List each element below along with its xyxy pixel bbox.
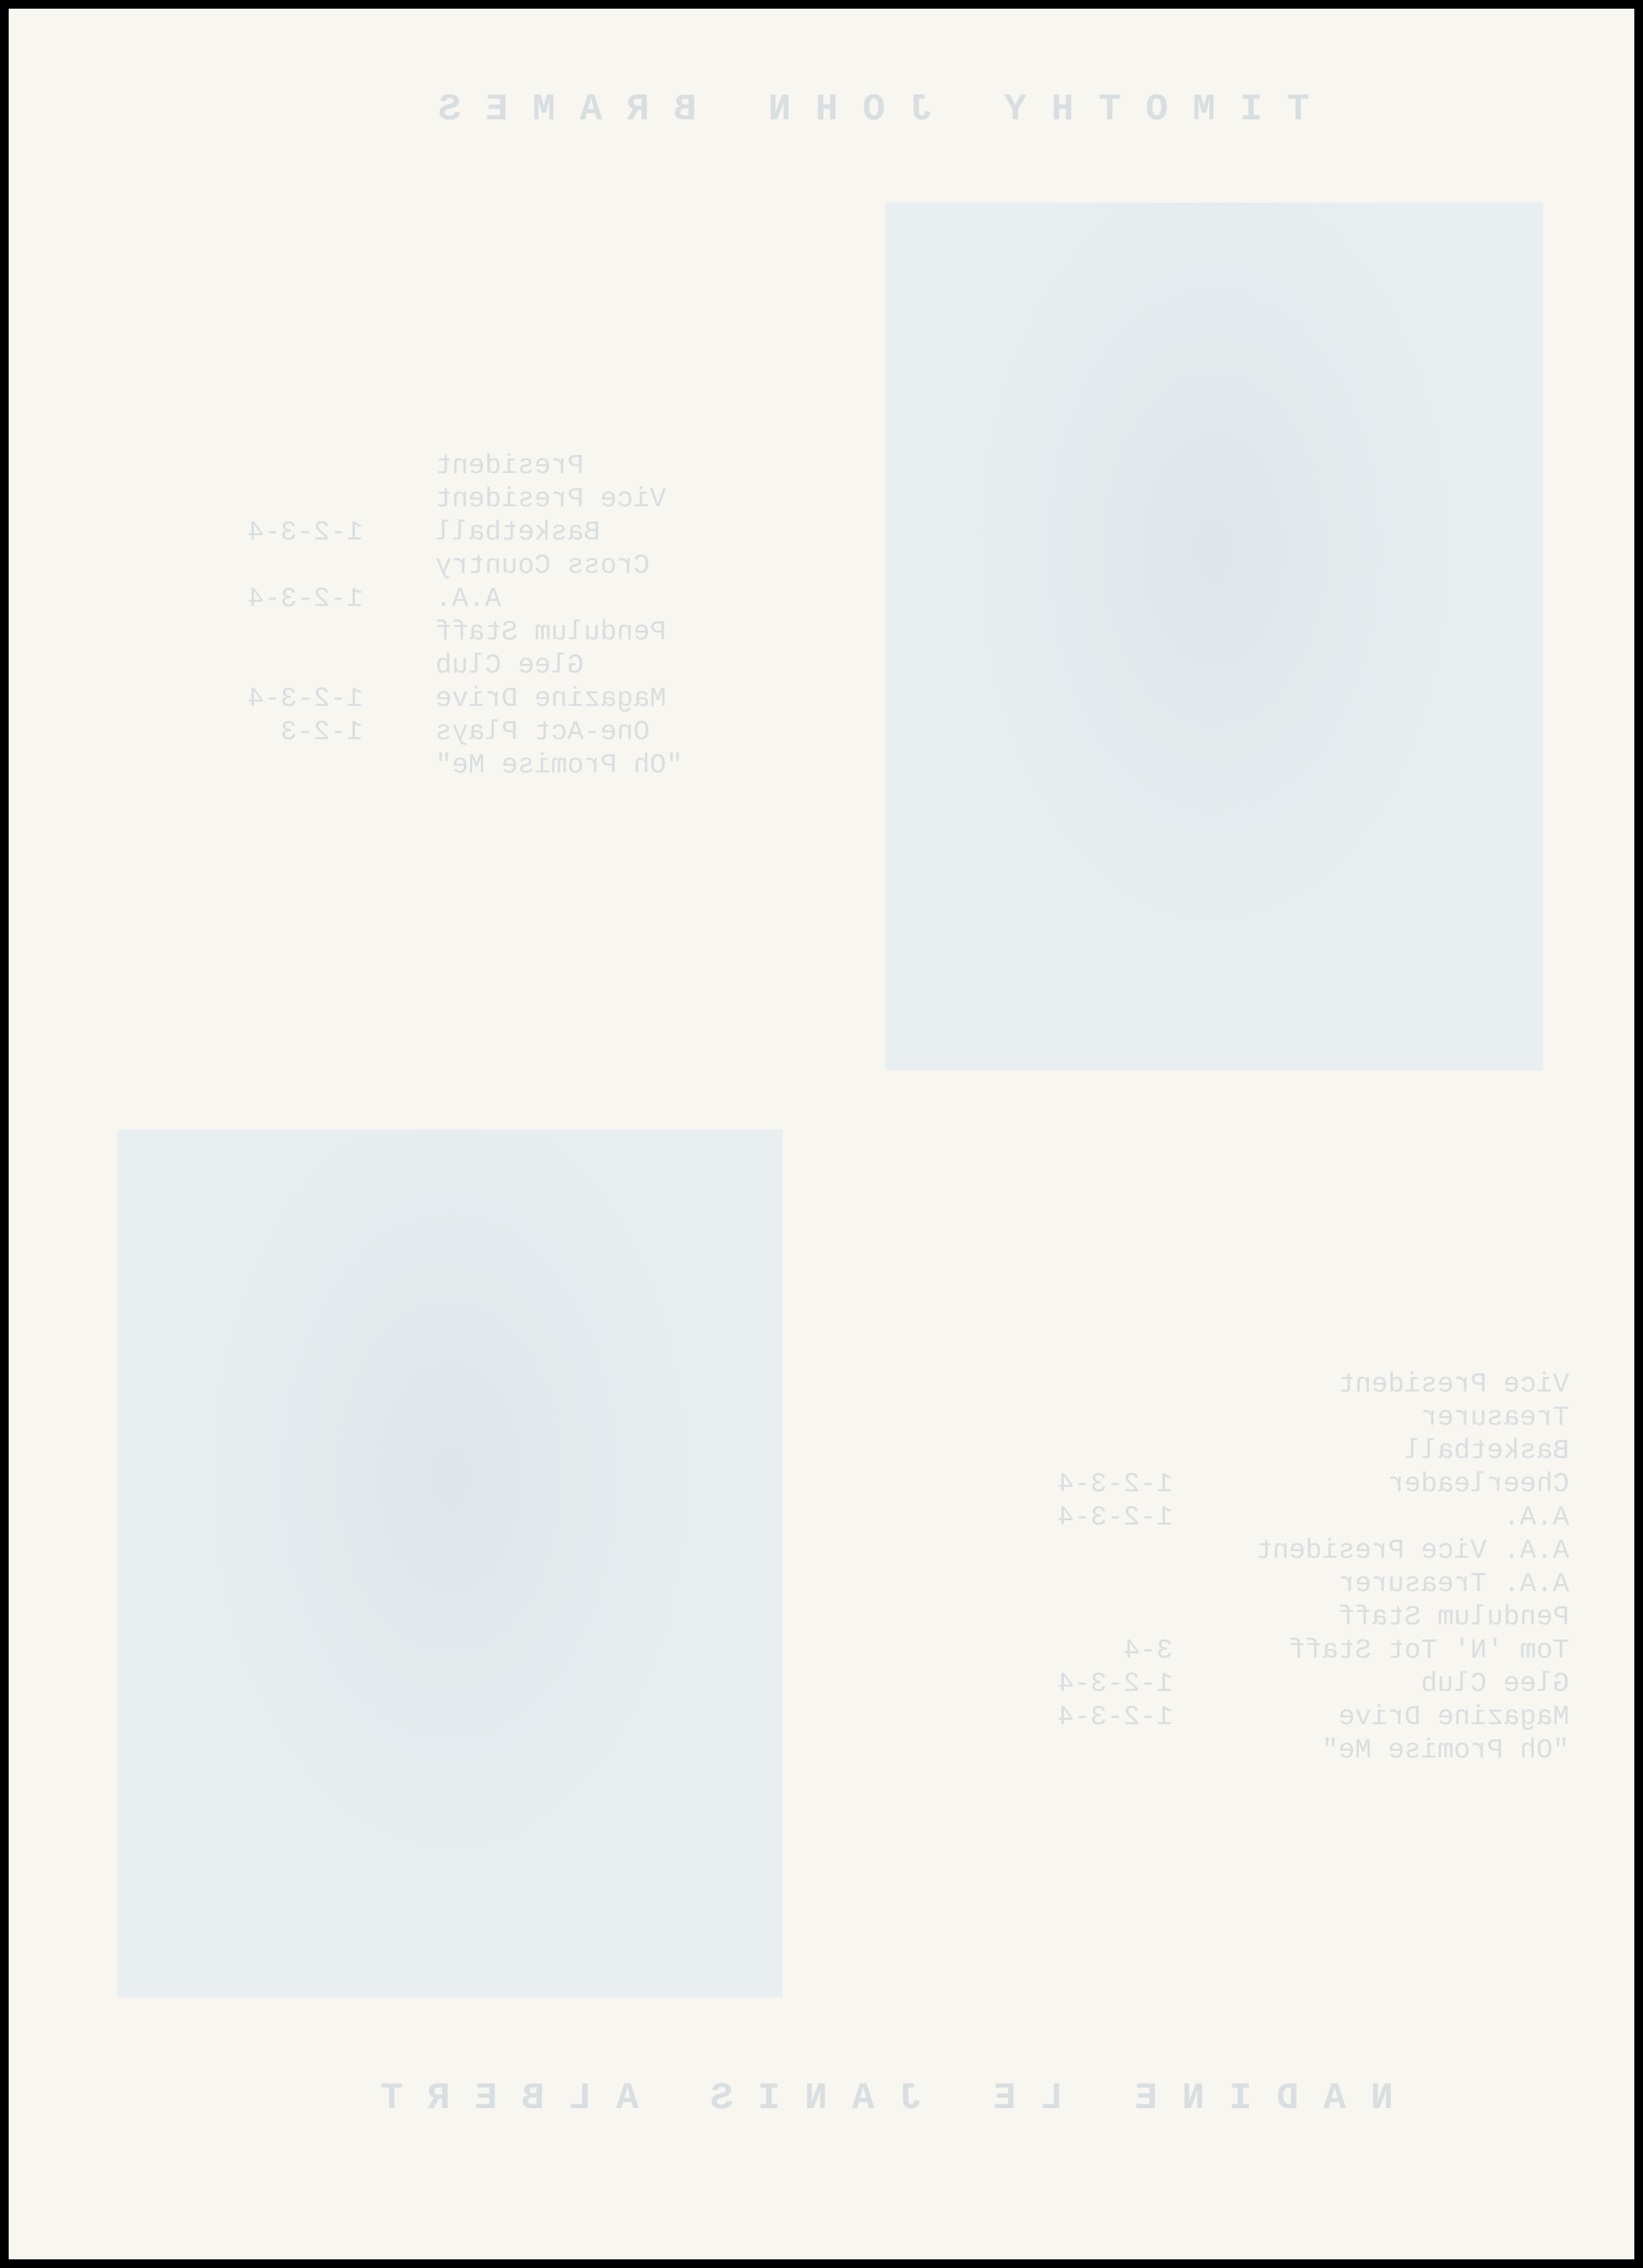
top-portrait-photo	[885, 202, 1543, 1070]
bottom-portrait-photo	[117, 1130, 782, 1998]
bottom-activities-list: Vice President Treasurer Basketball Chee…	[1164, 1368, 1569, 1768]
bottom-years-list: 1-2-3-4 1-2-3-4 3-4 1-2-3-4 1-2-3-4	[985, 1368, 1173, 1734]
yearbook-page: TIMOTHY JOHN BRAMES President Vice Presi…	[9, 9, 1634, 2259]
top-activities-list: President Vice President Basketball Cros…	[435, 450, 782, 783]
top-name-heading: TIMOTHY JOHN BRAMES	[414, 88, 1310, 131]
bottom-name-heading: NADINE LE JANIS ALBERT	[356, 2077, 1394, 2120]
top-years-list: 1-2-3-4 1-2-3-4 1-2-3-4 1-2-3	[117, 450, 363, 749]
